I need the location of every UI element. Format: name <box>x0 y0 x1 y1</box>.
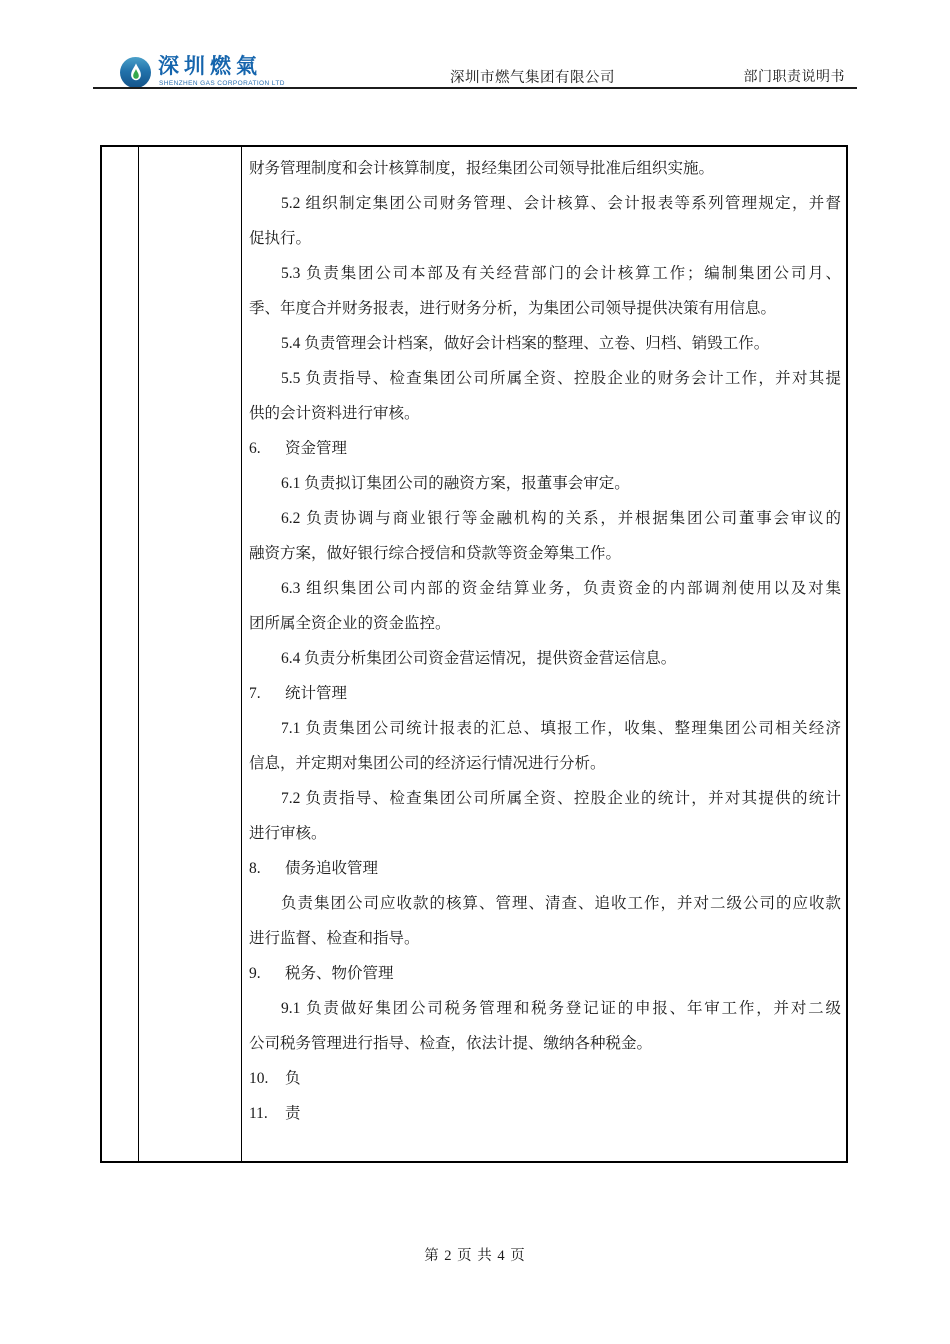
logo-circle <box>120 57 151 88</box>
item-title: 债务追收管理 <box>285 860 378 877</box>
table-cell-index <box>102 147 138 1161</box>
content-line: 融资方案，做好银行综合授信和贷款等资金筹集工作。 <box>249 536 841 571</box>
logo-name-cn: 深圳燃氣 <box>158 56 262 78</box>
content-line: 供的会计资料进行审核。 <box>249 396 841 431</box>
responsibility-table: 财务管理制度和会计核算制度，报经集团公司领导批准后组织实施。5.2 组织制定集团… <box>100 145 848 1163</box>
content-line: 负责集团公司应收款的核算、管理、清查、追收工作，并对二级公司的应收款 <box>249 886 841 921</box>
content-line: 7.1 负责集团公司统计报表的汇总、填报工作，收集、整理集团公司相关经济 <box>249 711 841 746</box>
content-line: 6.2 负责协调与商业银行等金融机构的关系，并根据集团公司董事会审议的 <box>249 501 841 536</box>
page-number-footer: 第 2 页 共 4 页 <box>0 1244 950 1265</box>
item-title: 负 <box>285 1070 301 1087</box>
content-line: 10.负 <box>249 1061 841 1096</box>
header-company-title: 深圳市燃气集团有限公司 <box>450 66 615 87</box>
item-number: 11. <box>249 1096 285 1131</box>
content-line: 7.统计管理 <box>249 676 841 711</box>
content-line: 6.4 负责分析集团公司资金营运情况，提供资金营运信息。 <box>249 641 841 676</box>
column-divider <box>138 147 139 1161</box>
content-line: 5.5 负责指导、检查集团公司所属全资、控股企业的财务会计工作，并对其提 <box>249 361 841 396</box>
content-line: 5.4 负责管理会计档案，做好会计档案的整理、立卷、归档、销毁工作。 <box>249 326 841 361</box>
header-doc-title: 部门职责说明书 <box>744 66 846 86</box>
header-rule <box>93 87 857 89</box>
content-line: 促执行。 <box>249 221 841 256</box>
content-column: 财务管理制度和会计核算制度，报经集团公司领导批准后组织实施。5.2 组织制定集团… <box>242 147 846 1161</box>
item-title: 责 <box>285 1105 301 1122</box>
content-line: 8.债务追收管理 <box>249 851 841 886</box>
content-line: 5.2 组织制定集团公司财务管理、会计核算、会计报表等系列管理规定，并督 <box>249 186 841 221</box>
gas-flame-icon <box>129 62 143 83</box>
content-line: 进行监督、检查和指导。 <box>249 921 841 956</box>
content-line: 团所属全资企业的资金监控。 <box>249 606 841 641</box>
content-line: 11.责 <box>249 1096 841 1131</box>
document-page: 深圳燃氣 SHENZHEN GAS CORPORATION LTD 深圳市燃气集… <box>0 0 950 1344</box>
content-line: 9.1 负责做好集团公司税务管理和税务登记证的申报、年审工作，并对二级 <box>249 991 841 1026</box>
item-number: 7. <box>249 676 285 711</box>
item-title: 资金管理 <box>285 440 347 457</box>
content-line: 6.3 组织集团公司内部的资金结算业务，负责资金的内部调剂使用以及对集 <box>249 571 841 606</box>
content-line: 公司税务管理进行指导、检查，依法计提、缴纳各种税金。 <box>249 1026 841 1061</box>
content-line: 进行审核。 <box>249 816 841 851</box>
item-title: 统计管理 <box>285 685 347 702</box>
content-line: 季、年度合并财务报表，进行财务分析，为集团公司领导提供决策有用信息。 <box>249 291 841 326</box>
content-line: 6.资金管理 <box>249 431 841 466</box>
item-number: 10. <box>249 1061 285 1096</box>
table-cell-category <box>139 147 241 1161</box>
content-line: 7.2 负责指导、检查集团公司所属全资、控股企业的统计，并对其提供的统计 <box>249 781 841 816</box>
company-logo: 深圳燃氣 SHENZHEN GAS CORPORATION LTD <box>118 55 308 89</box>
item-number: 8. <box>249 851 285 886</box>
item-title: 税务、物价管理 <box>285 965 394 982</box>
content-line: 6.1 负责拟订集团公司的融资方案，报董事会审定。 <box>249 466 841 501</box>
item-number: 9. <box>249 956 285 991</box>
item-number: 6. <box>249 431 285 466</box>
content-line: 9.税务、物价管理 <box>249 956 841 991</box>
content-line: 信息，并定期对集团公司的经济运行情况进行分析。 <box>249 746 841 781</box>
logo-name-en: SHENZHEN GAS CORPORATION LTD <box>159 80 285 87</box>
content-line: 5.3 负责集团公司本部及有关经营部门的会计核算工作；编制集团公司月、 <box>249 256 841 291</box>
content-line: 财务管理制度和会计核算制度，报经集团公司领导批准后组织实施。 <box>249 151 841 186</box>
